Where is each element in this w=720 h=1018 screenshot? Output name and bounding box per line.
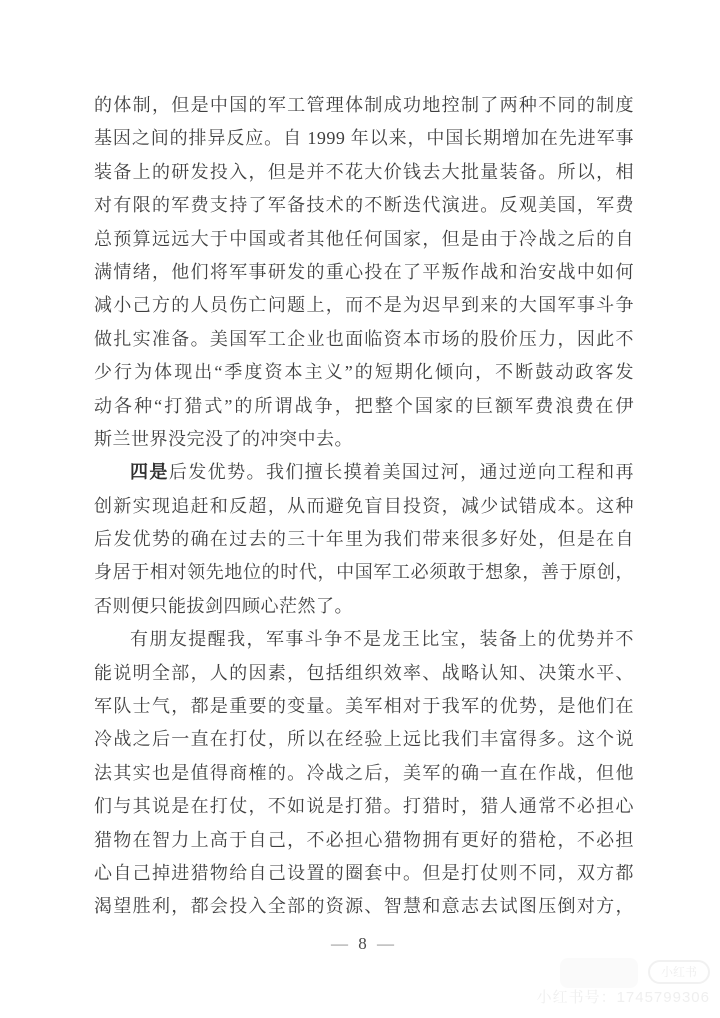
text-line: 斯兰世界没完没了的冲突中去。	[94, 423, 634, 456]
text-line: 有朋友提醒我，军事斗争不是龙王比宝，装备上的优势并不	[94, 623, 634, 656]
text-line: 的体制，但是中国的军工管理体制成功地控制了两种不同的制度	[94, 89, 634, 122]
text-line: 对有限的军费支持了军备技术的不断迭代演进。反观美国，军费	[94, 189, 634, 222]
text-line: 法其实也是值得商榷的。冷战之后，美军的确一直在作战，但他	[94, 757, 634, 790]
xiaohongshu-logo-icon	[560, 958, 638, 988]
page-footer: — 8 —	[94, 934, 634, 954]
text-line: 创新实现追赶和反超，从而避免盲目投资，减少试错成本。这种	[94, 490, 634, 523]
xiaohongshu-watermark: 小红书 小红书号：1745799306	[532, 950, 712, 1010]
text-line: 心自己掉进猎物给自己设置的圈套中。但是打仗则不同，双方都	[94, 857, 634, 890]
text-line: 否则便只能拔剑四顾心茫然了。	[94, 590, 634, 623]
text-line: 动各种“打猎式”的所谓战争，把整个国家的巨额军费浪费在伊	[94, 390, 634, 423]
text-line: 能说明全部，人的因素，包括组织效率、战略认知、决策水平、	[94, 657, 634, 690]
text-line: 装备上的研发投入，但是并不花大价钱去大批量装备。所以，相	[94, 156, 634, 189]
text-line: 军队士气，都是重要的变量。美军相对于我军的优势，是他们在	[94, 690, 634, 723]
xiaohongshu-badge: 小红书	[648, 960, 710, 984]
text-line: 渴望胜利，都会投入全部的资源、智慧和意志去试图压倒对方，	[94, 890, 634, 923]
text-line: 们与其说是在打仗，不如说是打猎。打猎时，猎人通常不必担心	[94, 790, 634, 823]
text-line: 四是后发优势。我们擅长摸着美国过河，通过逆向工程和再	[94, 456, 634, 489]
document-page: 的体制，但是中国的军工管理体制成功地控制了两种不同的制度基因之间的排异反应。自 …	[0, 0, 720, 1018]
text-line: 冷战之后一直在打仗，所以在经验上远比我们丰富得多。这个说	[94, 723, 634, 756]
xiaohongshu-badge-label: 小红书	[661, 965, 697, 979]
text-line: 基因之间的排异反应。自 1999 年以来，中国长期增加在先进军事	[94, 122, 634, 155]
text-line: 身居于相对领先地位的时代，中国军工必须敢于想象，善于原创，	[94, 556, 634, 589]
text-line: 少行为体现出“季度资本主义”的短期化倾向，不断鼓动政客发	[94, 356, 634, 389]
bold-lead-in: 四是	[130, 462, 169, 482]
text-line: 满情绪，他们将军事研发的重心投在了平叛作战和治安战中如何	[94, 256, 634, 289]
page-number: 8	[358, 934, 370, 953]
text-line: 做扎实准备。美国军工企业也面临资本市场的股价压力，因此不	[94, 323, 634, 356]
text-line: 总预算远远大于中国或者其他任何国家，但是由于冷战之后的自	[94, 223, 634, 256]
text-line: 减小己方的人员伤亡问题上，而不是为迟早到来的大国军事斗争	[94, 289, 634, 322]
text-line: 后发优势的确在过去的三十年里为我们带来很多好处，但是在自	[94, 523, 634, 556]
footer-right-dash: —	[377, 934, 397, 953]
text-line: 猎物在智力上高于自己，不必担心猎物拥有更好的猎枪，不必担	[94, 824, 634, 857]
xiaohongshu-id-text: 小红书号：1745799306	[537, 986, 710, 1007]
body-text: 的体制，但是中国的军工管理体制成功地控制了两种不同的制度基因之间的排异反应。自 …	[94, 89, 634, 924]
footer-left-dash: —	[331, 934, 351, 953]
